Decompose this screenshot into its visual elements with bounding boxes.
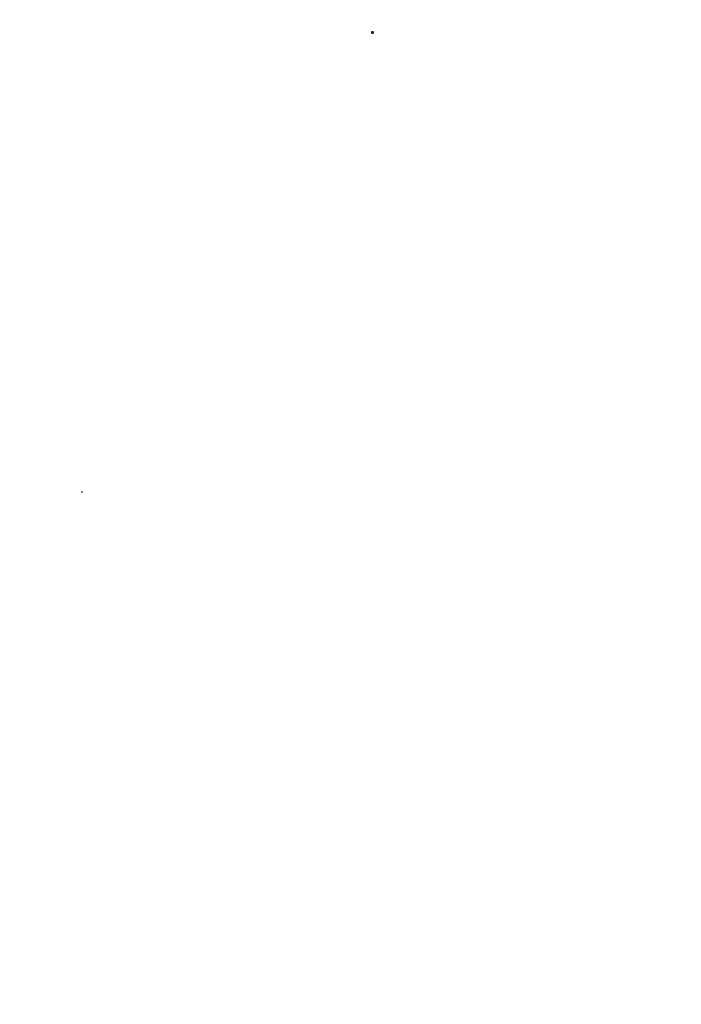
scan-speck <box>81 491 83 493</box>
scan-speck <box>371 31 374 34</box>
document-page <box>0 0 701 1024</box>
